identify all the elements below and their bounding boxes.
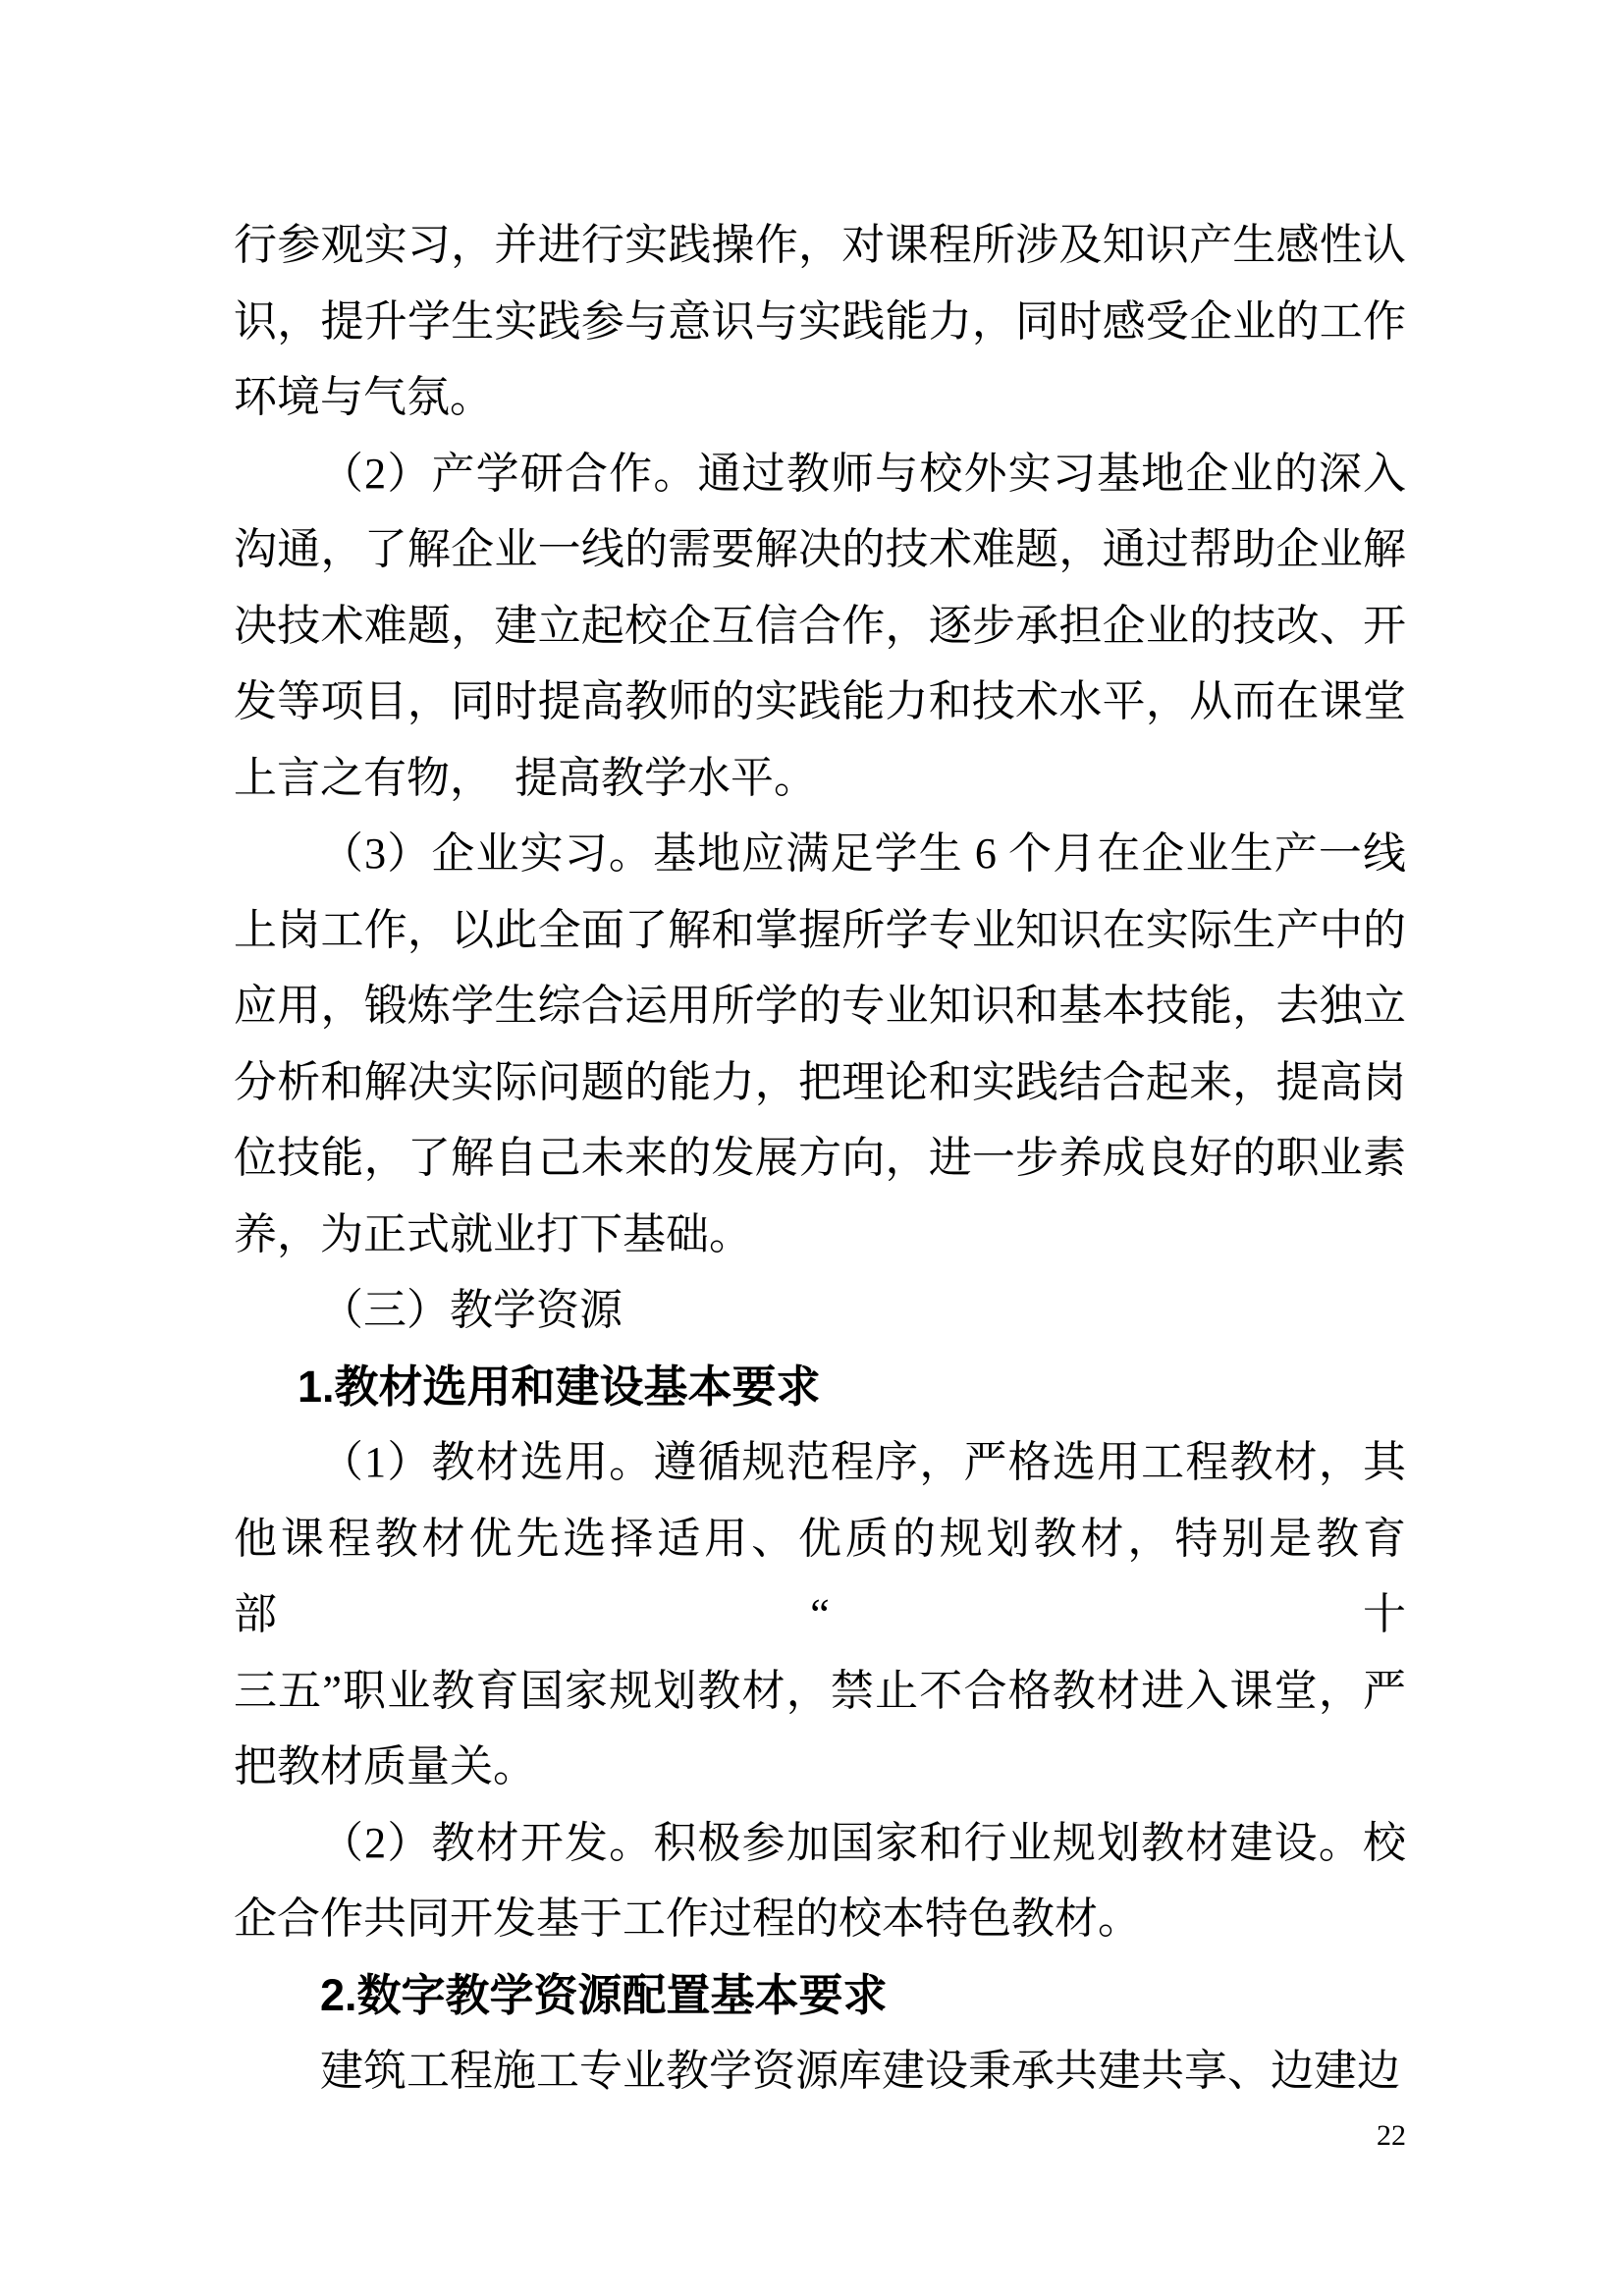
text-line: 养，为正式就业打下基础。 <box>234 1197 1406 1273</box>
text-line: 位技能，了解自己未来的发展方向，进一步养成良好的职业素 <box>234 1120 1406 1197</box>
text-line: （三）教学资源 <box>234 1272 1406 1349</box>
text-line: 2.数字教学资源配置基本要求 <box>234 1957 1406 2034</box>
text-line: 应用，锻炼学生综合运用所学的专业知识和基本技能，去独立 <box>234 968 1406 1044</box>
text-block: 行参观实习，并进行实践操作，对课程所涉及知识产生感性认识，提升学生实践参与意识与… <box>234 207 1406 2109</box>
page-number: 22 <box>1377 2118 1406 2154</box>
text-line: 沟通，了解企业一线的需要解决的技术难题，通过帮助企业解 <box>234 511 1406 588</box>
text-line: 上言之有物， 提高教学水平。 <box>234 740 1406 817</box>
text-line: 行参观实习，并进行实践操作，对课程所涉及知识产生感性认 <box>234 207 1406 284</box>
text-line: 识，提升学生实践参与意识与实践能力，同时感受企业的工作 <box>234 284 1406 360</box>
text-line: （2）教材开发。积极参加国家和行业规划教材建设。校 <box>234 1805 1406 1882</box>
text-line: 建筑工程施工专业教学资源库建设秉承共建共享、边建边 <box>234 2033 1406 2109</box>
document-page: 行参观实习，并进行实践操作，对课程所涉及知识产生感性认识，提升学生实践参与意识与… <box>0 0 1624 2296</box>
text-line: 企合作共同开发基于工作过程的校本特色教材。 <box>234 1881 1406 1957</box>
text-line: 环境与气氛。 <box>234 359 1406 436</box>
text-line: 1.教材选用和建设基本要求 <box>234 1349 1406 1425</box>
text-line: （2）产学研合作。通过教师与校外实习基地企业的深入 <box>234 436 1406 512</box>
text-line: 决技术难题，建立起校企互信合作，逐步承担企业的技改、开 <box>234 588 1406 665</box>
text-line: 发等项目，同时提高教师的实践能力和技术水平，从而在课堂 <box>234 664 1406 740</box>
text-line: 把教材质量关。 <box>234 1729 1406 1805</box>
text-line: 上岗工作，以此全面了解和掌握所学专业知识在实际生产中的 <box>234 892 1406 969</box>
text-line: （3）企业实习。基地应满足学生 6 个月在企业生产一线 <box>234 816 1406 892</box>
text-line: 他课程教材优先选择适用、优质的规划教材，特别是教育部“十 <box>234 1501 1406 1653</box>
text-line: 分析和解决实际问题的能力，把理论和实践结合起来，提高岗 <box>234 1044 1406 1121</box>
text-line: 三五”职业教育国家规划教材，禁止不合格教材进入课堂，严 <box>234 1653 1406 1730</box>
text-line: （1）教材选用。遵循规范程序，严格选用工程教材，其 <box>234 1424 1406 1501</box>
